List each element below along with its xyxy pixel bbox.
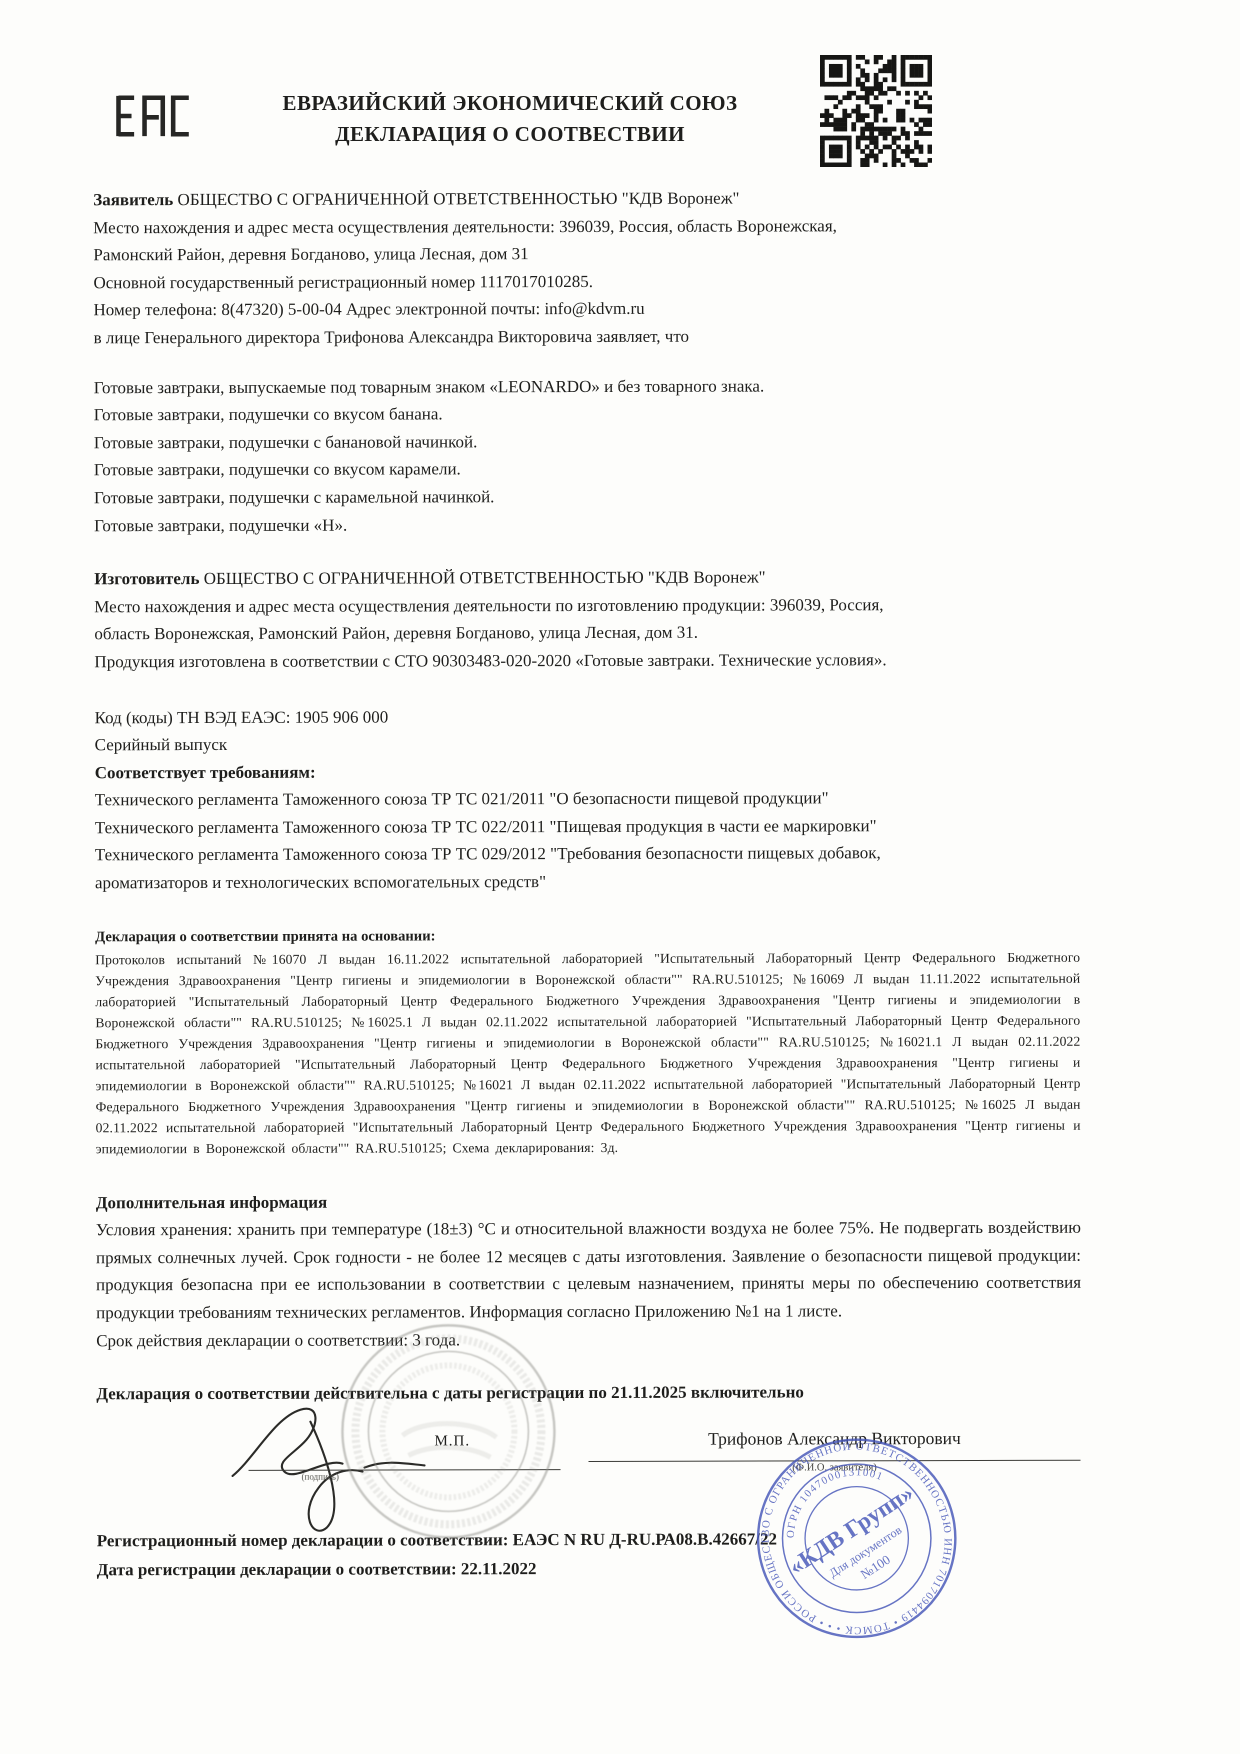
applicant-label: Заявитель	[93, 190, 173, 209]
product-line: Готовые завтраки, выпускаемые под товарн…	[94, 371, 1079, 401]
product-line: Готовые завтраки, подушечки со вкусом ка…	[94, 454, 1079, 484]
validity-term-line: Срок действия декларации о соответствии:…	[96, 1324, 1081, 1354]
requirement-line: ароматизаторов и технологических вспомог…	[95, 867, 1080, 897]
manufacturer-line: Место нахождения и адрес места осуществл…	[94, 590, 1079, 620]
product-line: Готовые завтраки, подушечки «Н».	[94, 509, 1079, 539]
product-line: Готовые завтраки, подушечки с банановой …	[94, 426, 1079, 456]
applicant-line: Основной государственный регистрационный…	[93, 266, 1078, 296]
basis-heading: Декларация о соответствии принята на осн…	[95, 922, 1080, 949]
document-title: ЕВРАЗИЙСКИЙ ЭКОНОМИЧЕСКИЙ СОЮЗ ДЕКЛАРАЦИ…	[230, 88, 790, 150]
title-line2: ДЕКЛАРАЦИЯ О СООТВЕСТВИИ	[230, 119, 790, 150]
basis-paragraph: Протоколов испытаний №16070 Л выдан 16.1…	[95, 946, 1081, 1159]
applicant-name: ОБЩЕСТВО С ОГРАНИЧЕННОЙ ОТВЕТСТВЕННОСТЬЮ…	[173, 189, 739, 209]
requirement-line: Технического регламента Таможенного союз…	[95, 839, 1080, 869]
registration-date-line: Дата регистрации декларации о соответств…	[97, 1553, 1082, 1585]
tnved-code-line: Код (коды) ТН ВЭД ЕАЭС: 1905 906 000	[95, 701, 1080, 731]
signature-and-registration-zone: Декларация о соответствии действительна …	[96, 1378, 1082, 1585]
product-line: Готовые завтраки, подушечки с карамельно…	[94, 482, 1079, 512]
manufacturer-name: ОБЩЕСТВО С ОГРАНИЧЕННОЙ ОТВЕТСТВЕННОСТЬЮ…	[199, 568, 765, 588]
applicant-line: в лице Генерального директора Трифонова …	[94, 322, 1079, 352]
eac-logo-icon	[112, 80, 194, 157]
manufacturer-label: Изготовитель	[94, 569, 199, 588]
applicant-line: Место нахождения и адрес места осуществл…	[93, 211, 1078, 241]
requirements-heading: Соответствует требованиям:	[95, 756, 1080, 786]
additional-paragraph: Условия хранения: хранить при температур…	[96, 1214, 1081, 1327]
signatory-name: Трифонов Александр Викторович	[594, 1428, 1074, 1450]
declaration-document: ЕВРАЗИЙСКИЙ ЭКОНОМИЧЕСКИЙ СОЮЗ ДЕКЛАРАЦИ…	[0, 0, 1240, 1754]
basis-section: Декларация о соответствии принята на осн…	[95, 922, 1081, 1159]
serial-line: Серийный выпуск	[95, 729, 1080, 759]
signature-row: (подпись) М.П. Трифонов Александр Виктор…	[96, 1412, 1081, 1527]
manufacturer-line: область Воронежская, Рамонский Район, де…	[94, 618, 1079, 648]
qr-code	[820, 55, 932, 167]
signature-stroke-icon	[214, 1387, 514, 1543]
product-line: Готовые завтраки, подушечки со вкусом ба…	[94, 399, 1079, 429]
manufacturer-section: Изготовитель ОБЩЕСТВО С ОГРАНИЧЕННОЙ ОТВ…	[94, 563, 1079, 676]
manufacturer-line: Продукция изготовлена в соответствии с С…	[94, 646, 1079, 676]
requirement-line: Технического регламента Таможенного союз…	[95, 784, 1080, 814]
title-line1: ЕВРАЗИЙСКИЙ ЭКОНОМИЧЕСКИЙ СОЮЗ	[230, 88, 790, 119]
applicant-section: Заявитель ОБЩЕСТВО С ОГРАНИЧЕННОЙ ОТВЕТС…	[93, 184, 1078, 352]
additional-heading: Дополнительная информация	[96, 1186, 1081, 1216]
signatory-name-caption: (Ф.И.О. заявителя)	[589, 1462, 1081, 1474]
mp-mark: М.П.	[434, 1433, 470, 1450]
products-section: Готовые завтраки, выпускаемые под товарн…	[94, 371, 1079, 539]
signature-caption: (подпись)	[302, 1471, 339, 1481]
codes-section: Код (коды) ТН ВЭД ЕАЭС: 1905 906 000 Сер…	[95, 701, 1081, 897]
requirement-line: Технического регламента Таможенного союз…	[95, 812, 1080, 842]
applicant-line: Номер телефона: 8(47320) 5-00-04 Адрес э…	[93, 294, 1078, 324]
additional-info-section: Дополнительная информация Условия хранен…	[96, 1186, 1081, 1354]
applicant-line: Рамонский Район, деревня Богданово, улиц…	[93, 239, 1078, 269]
